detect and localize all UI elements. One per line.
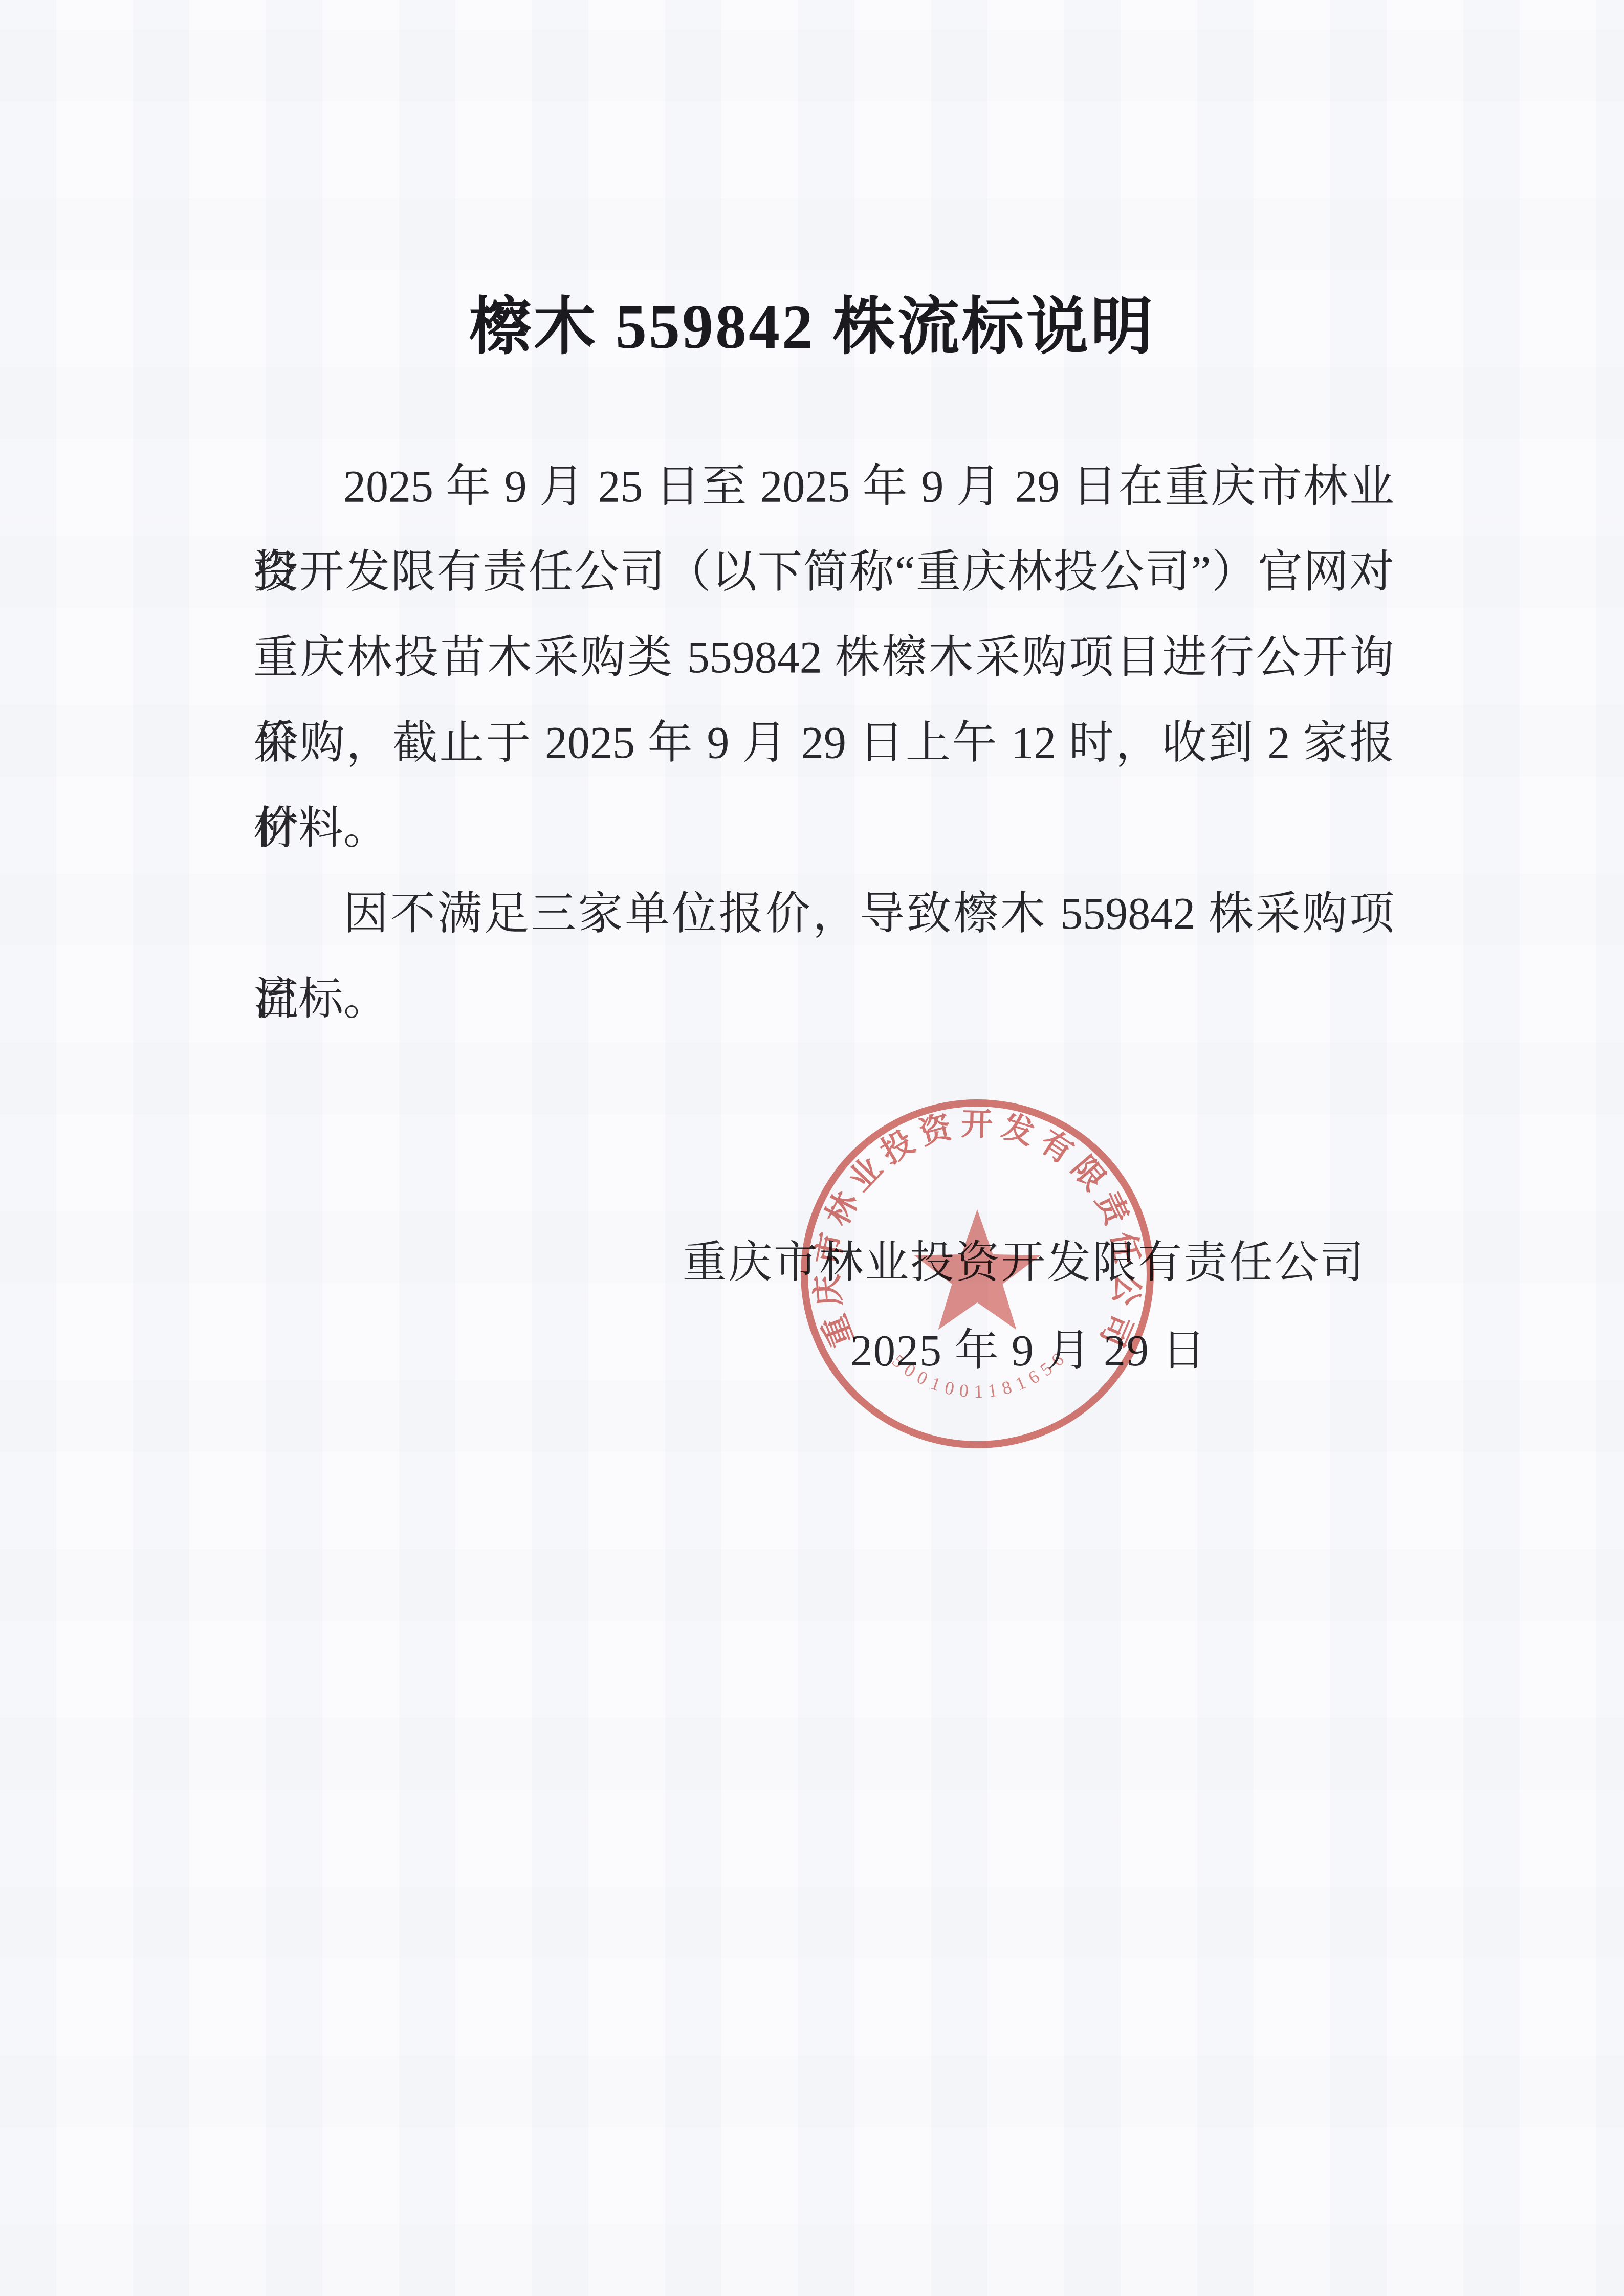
body-line: 流标。 [253,957,1394,1042]
body-line: 采购，截止于 2025 年 9 月 29 日上午 12 时，收到 2 家报价 [253,700,1394,786]
body-line: 资开发限有责任公司（以下简称“重庆林投公司”）官网对 [253,529,1394,615]
body-line: 因不满足三家单位报价，导致檫木 559842 株采购项目 [253,871,1394,957]
signature-date: 2025 年 9 月 29 日 [850,1315,1207,1378]
body-line: 材料。 [253,786,1394,871]
signature-company-name: 重庆市林业投资开发限有责任公司 [683,1227,1366,1290]
document-body: 2025 年 9 月 25 日至 2025 年 9 月 29 日在重庆市林业投 … [253,444,1394,1042]
body-line: 重庆林投苗木采购类 559842 株檫木采购项目进行公开询价 [253,615,1394,700]
scanned-document-page: 檫木 559842 株流标说明 2025 年 9 月 25 日至 2025 年 … [0,0,1624,2296]
body-line: 2025 年 9 月 25 日至 2025 年 9 月 29 日在重庆市林业投 [253,444,1394,529]
document-title: 檫木 559842 株流标说明 [0,276,1624,366]
